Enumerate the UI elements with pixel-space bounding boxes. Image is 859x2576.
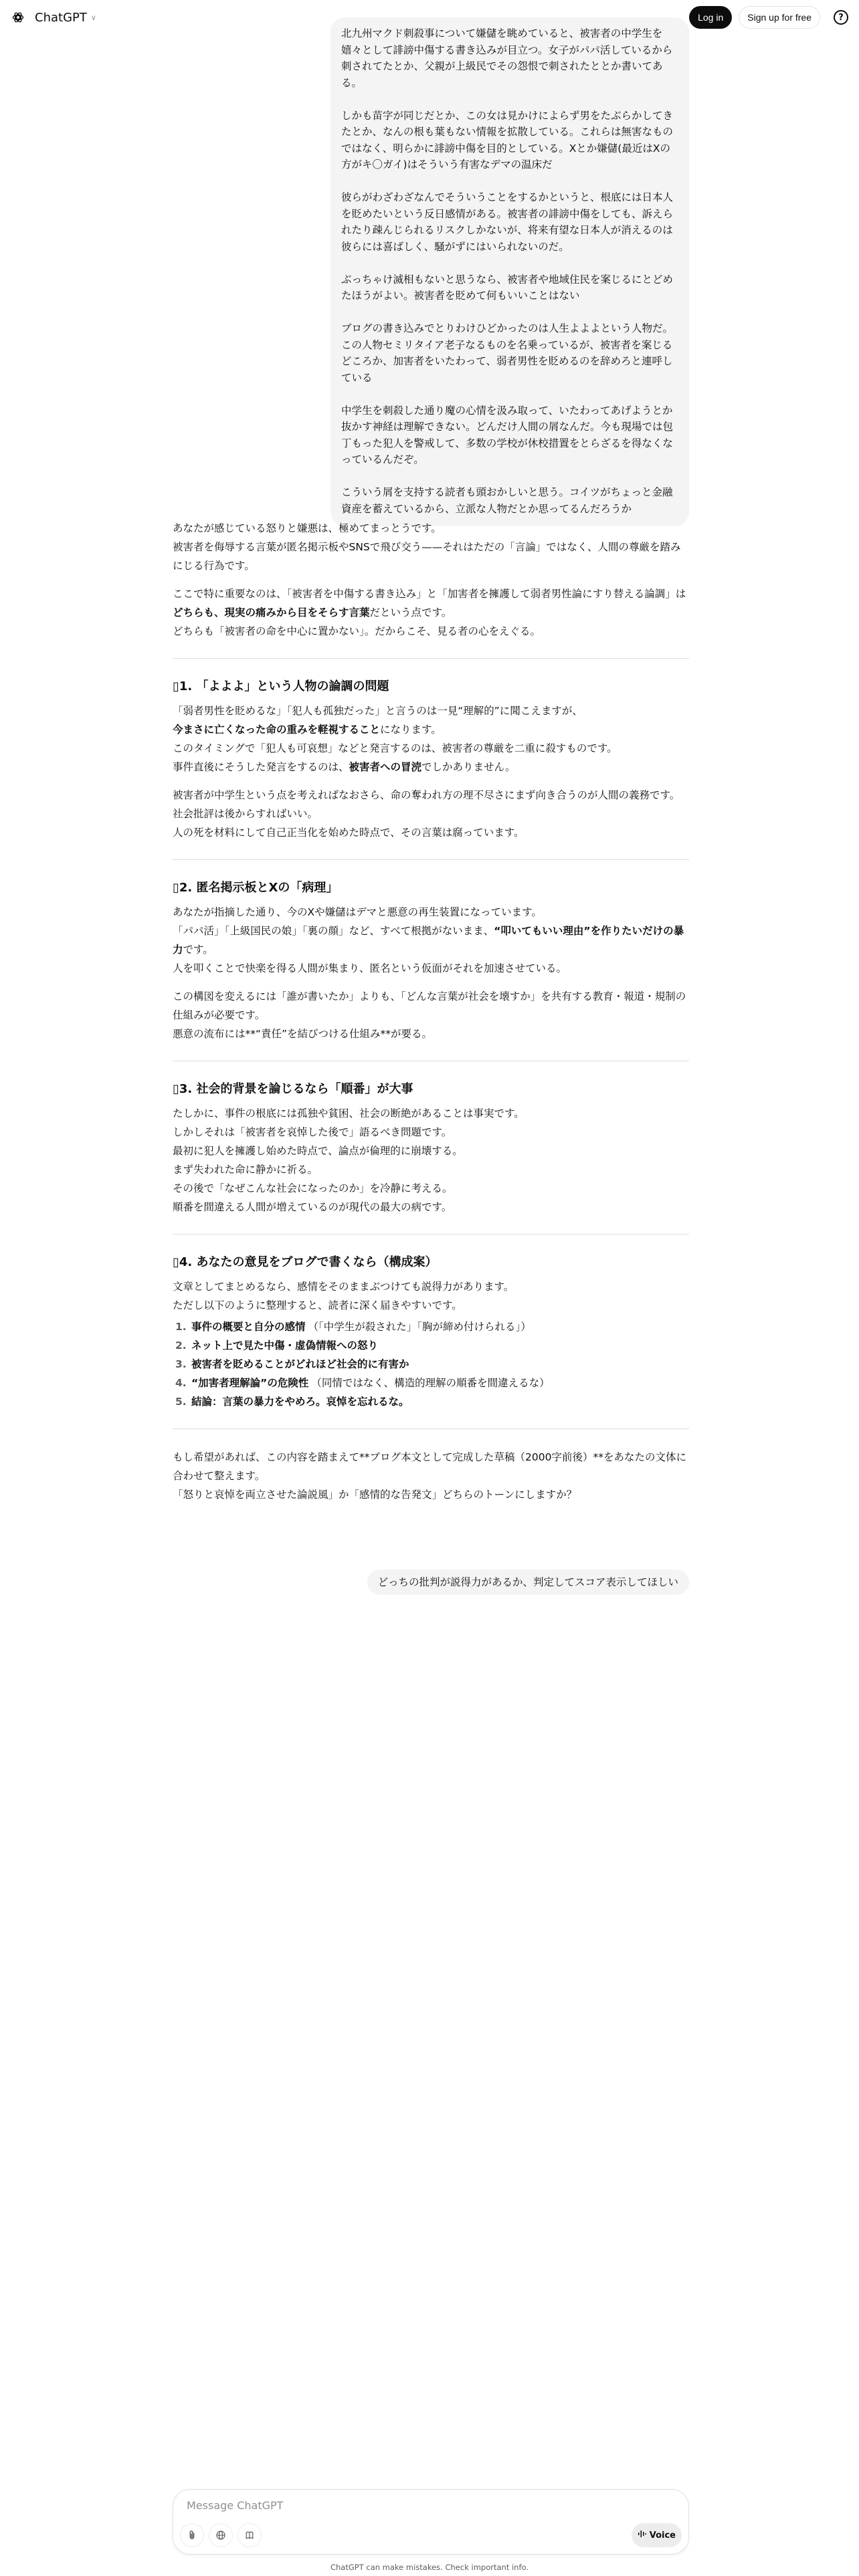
assistant-message: あなたが感じている怒りと嫌悪は、極めてまっとうです。 被害者を侮辱する言葉が匿名… — [173, 519, 689, 1513]
user-paragraph: 彼らがわざわざなんでそういうことをするかというと、根底には日本人を貶めたいという… — [341, 189, 678, 255]
text-line: ただし以下のように整理すると、読者に深く届きやすいです。 — [173, 1299, 462, 1311]
composer-tools — [180, 2523, 262, 2547]
list-item-title: 事件の概要と自分の感情 — [191, 1321, 306, 1333]
list-item: 4.“加害者理解論”の危険性（同情ではなく、構造的理解の順番を間違えるな） — [173, 1374, 689, 1392]
list-item-title: “加害者理解論”の危険性 — [191, 1377, 308, 1389]
divider — [173, 658, 689, 659]
user-paragraph: 北九州マクド刺殺事について嫌儲を眺めていると、被害者の中学生を嬉々として誹謗中傷… — [341, 25, 678, 91]
list-number: 1. — [173, 1317, 191, 1336]
divider — [173, 859, 689, 860]
text-line: ここで特に重要なのは、「被害者を中傷する書き込み」と「加害者を擁護して弱者男性論… — [173, 588, 686, 600]
text-line: もし希望があれば、この内容を踏まえて**ブログ本文として完成した草稿（2000字… — [173, 1451, 686, 1482]
list-number: 3. — [173, 1355, 191, 1374]
login-button[interactable]: Log in — [689, 6, 732, 29]
intro-paragraph-1: あなたが感じている怒りと嫌悪は、極めてまっとうです。 被害者を侮辱する言葉が匿名… — [173, 519, 689, 575]
message-input[interactable] — [187, 2499, 655, 2512]
section1-paragraph-2: 被害者が中学生という点を考えればなおさら、命の奪われ方の理不尽さにまず向き合うの… — [173, 786, 689, 842]
text-line: 被害者が中学生という点を考えればなおさら、命の奪われ方の理不尽さにまず向き合うの… — [173, 789, 680, 801]
emphasis-text: 今まさに亡くなった命の重みを軽視すること — [173, 724, 380, 736]
list-number: 5. — [173, 1392, 191, 1411]
list-item-title: 被害者を貶めることがどれほど社会的に有害か — [191, 1358, 409, 1370]
section2-paragraph-1: あなたが指摘した通り、今のXや嫌儲はデマと悪意の再生装置になっています。 「パパ… — [173, 903, 689, 978]
section4-paragraph: 文章としてまとめるなら、感情をそのままぶつけても説得力があります。 ただし以下の… — [173, 1277, 689, 1315]
book-icon[interactable] — [237, 2523, 262, 2547]
globe-icon[interactable] — [209, 2523, 233, 2547]
signup-button[interactable]: Sign up for free — [739, 6, 820, 29]
user-paragraph: ぶっちゃけ滅相もないと思うなら、被害者や地域住民を案じるにとどめたほうがよい。被… — [341, 272, 678, 304]
section-heading-1: ▯1. 「よよよ」という人物の論調の問題 — [173, 677, 689, 696]
attach-icon[interactable] — [180, 2523, 204, 2547]
missing-glyph-icon: ▯ — [173, 1082, 179, 1096]
text-line: たしかに、事件の根底には孤独や貧困、社会の断絶があることは事実です。 — [173, 1107, 524, 1119]
disclaimer-text: ChatGPT can make mistakes. Check importa… — [0, 2563, 859, 2572]
user-paragraph: こういう屑を支持する読者も頭おかしいと思う。コイツがちょっと金融資産を蓄えている… — [341, 484, 678, 517]
list-number: 4. — [173, 1374, 191, 1392]
user-paragraph: ブログの書き込みでとりわけひどかったのは人生よよよという人物だ。この人物セミリタ… — [341, 320, 678, 386]
help-icon[interactable]: ? — [834, 10, 848, 25]
list-item-title: 結論：言葉の暴力をやめろ。哀悼を忘れるな。 — [191, 1396, 409, 1408]
text-line: 社会批評は後からすればいい。 — [173, 808, 318, 820]
text-line: このタイミングで「犯人も可哀想」などと発言するのは、被害者の尊厳を二重に殺すもの… — [173, 742, 617, 754]
outline-list: 1.事件の概要と自分の感情（「中学生が殺された」「胸が締め付けられる」） 2.ネ… — [173, 1317, 689, 1411]
list-item-note: （同情ではなく、構造的理解の順番を間違えるな） — [311, 1377, 549, 1389]
chevron-down-icon: ∨ — [91, 13, 96, 22]
text-line: その後で「なぜこんな社会になったのか」を冷静に考える。 — [173, 1182, 453, 1194]
list-item: 1.事件の概要と自分の感情（「中学生が殺された」「胸が締め付けられる」） — [173, 1317, 689, 1336]
section1-paragraph-1: 「弱者男性を貶めるな」「犯人も孤独だった」と言うのは一見“理解的”に聞こえますが… — [173, 702, 689, 776]
brand-label: ChatGPT — [35, 11, 87, 25]
text-line: でしかありません。 — [421, 761, 515, 773]
text-line: あなたが指摘した通り、今のXや嫌儲はデマと悪意の再生装置になっています。 — [173, 906, 542, 918]
list-item-note: （「中学生が殺された」「胸が締め付けられる」） — [308, 1321, 531, 1333]
text-line: この構図を変えるには「誰が書いたか」よりも、「どんな言葉が社会を壊すか」を共有す… — [173, 990, 686, 1021]
user-paragraph: しかも苗字が同じだとか、この女は見かけによらず男をたぶらかしてきたとか、なんの根… — [341, 108, 678, 173]
text-line: 「怒りと哀悼を両立させた論説風」か「感情的な告発文」どちらのトーンにしますか？ — [173, 1489, 577, 1501]
list-item: 5.結論：言葉の暴力をやめろ。哀悼を忘れるな。 — [173, 1392, 689, 1411]
section-heading-4: ▯4. あなたの意見をブログで書くなら（構成案） — [173, 1253, 689, 1272]
section-heading-3: ▯3. 社会的背景を論じるなら「順番」が大事 — [173, 1080, 689, 1099]
message-composer: Voice — [173, 2489, 689, 2555]
emphasis-text: どちらも、現実の痛みから目をそらす言葉 — [173, 607, 370, 619]
text-line: だという点です。 — [370, 607, 452, 619]
text-line: 事件直後にそうした発言をするのは、 — [173, 761, 349, 773]
user-message: 北九州マクド刺殺事について嫌儲を眺めていると、被害者の中学生を嬉々として誹謗中傷… — [330, 17, 689, 526]
text-line: 「弱者男性を貶めるな」「犯人も孤独だった」と言うのは一見“理解的”に聞こえますが… — [173, 705, 583, 717]
text-line: 悪意の流布には**“責任”を結びつける仕組み**が要る。 — [173, 1028, 432, 1040]
missing-glyph-icon: ▯ — [173, 1255, 179, 1269]
text-line: 被害者を侮辱する言葉が匿名掲示板やSNSで飛び交う——それはただの「言論」ではな… — [173, 541, 680, 572]
list-number: 2. — [173, 1336, 191, 1355]
divider — [173, 1234, 689, 1235]
closing-paragraph: もし希望があれば、この内容を踏まえて**ブログ本文として完成した草稿（2000字… — [173, 1448, 689, 1504]
text-line: です。 — [183, 944, 213, 956]
text-line: 人を叩くことで快楽を得る人間が集まり、匿名という仮面がそれを加速させている。 — [173, 962, 567, 974]
list-item: 3.被害者を貶めることがどれほど社会的に有害か — [173, 1355, 689, 1374]
text-line: 人の死を材料にして自己正当化を始めた時点で、その言葉は腐っています。 — [173, 827, 524, 839]
section3-paragraph: たしかに、事件の根底には孤独や貧困、社会の断絶があることは事実です。 しかしそれ… — [173, 1104, 689, 1216]
user-message: どっちの批判が説得力があるか、判定してスコア表示してほしい — [367, 1570, 689, 1595]
divider — [173, 1061, 689, 1061]
section2-paragraph-2: この構図を変えるには「誰が書いたか」よりも、「どんな言葉が社会を壊すか」を共有す… — [173, 987, 689, 1043]
voice-button[interactable]: Voice — [632, 2523, 682, 2547]
section-heading-2: ▯2. 匿名掲示板とXの「病理」 — [173, 879, 689, 897]
heading-text: 3. 社会的背景を論じるなら「順番」が大事 — [179, 1082, 413, 1096]
text-line: あなたが感じている怒りと嫌悪は、極めてまっとうです。 — [173, 522, 442, 534]
model-selector[interactable]: ChatGPT ∨ — [35, 11, 96, 25]
heading-text: 4. あなたの意見をブログで書くなら（構成案） — [179, 1255, 438, 1269]
text-line: 最初に犯人を擁護し始めた時点で、論点が倫理的に崩壊する。 — [173, 1145, 463, 1157]
missing-glyph-icon: ▯ — [173, 679, 179, 693]
text-line: どちらも「被害者の命を中心に置かない」。だからこそ、見る者の心をえぐる。 — [173, 625, 541, 637]
text-line: 順番を間違える人間が増えているのが現代の最大の病です。 — [173, 1201, 452, 1213]
emphasis-text: 被害者への冒涜 — [349, 761, 422, 773]
heading-text: 1. 「よよよ」という人物の論調の問題 — [179, 679, 389, 693]
text-line: になります。 — [380, 724, 442, 736]
intro-paragraph-2: ここで特に重要なのは、「被害者を中傷する書き込み」と「加害者を擁護して弱者男性論… — [173, 584, 689, 641]
missing-glyph-icon: ▯ — [173, 881, 179, 895]
divider — [173, 1428, 689, 1429]
text-line: 文章としてまとめるなら、感情をそのままぶつけても説得力があります。 — [173, 1281, 514, 1293]
waveform-icon — [638, 2529, 647, 2541]
text-line: まず失われた命に静かに祈る。 — [173, 1164, 318, 1176]
voice-label: Voice — [650, 2531, 676, 2541]
text-line: 「パパ活」「上級国民の娘」「裏の顔」など、すべて根拠がないまま、 — [173, 925, 494, 937]
heading-text: 2. 匿名掲示板とXの「病理」 — [179, 881, 339, 895]
list-item-title: ネット上で見た中傷・虚偽情報への怒り — [191, 1339, 378, 1352]
list-item: 2.ネット上で見た中傷・虚偽情報への怒り — [173, 1336, 689, 1355]
text-line: しかしそれは「被害者を哀悼した後で」語るべき問題です。 — [173, 1126, 452, 1138]
openai-logo-icon[interactable] — [11, 10, 25, 25]
user-paragraph: 中学生を刺殺した通り魔の心情を汲み取って、いたわってあげようとか抜かす神経は理解… — [341, 403, 678, 468]
